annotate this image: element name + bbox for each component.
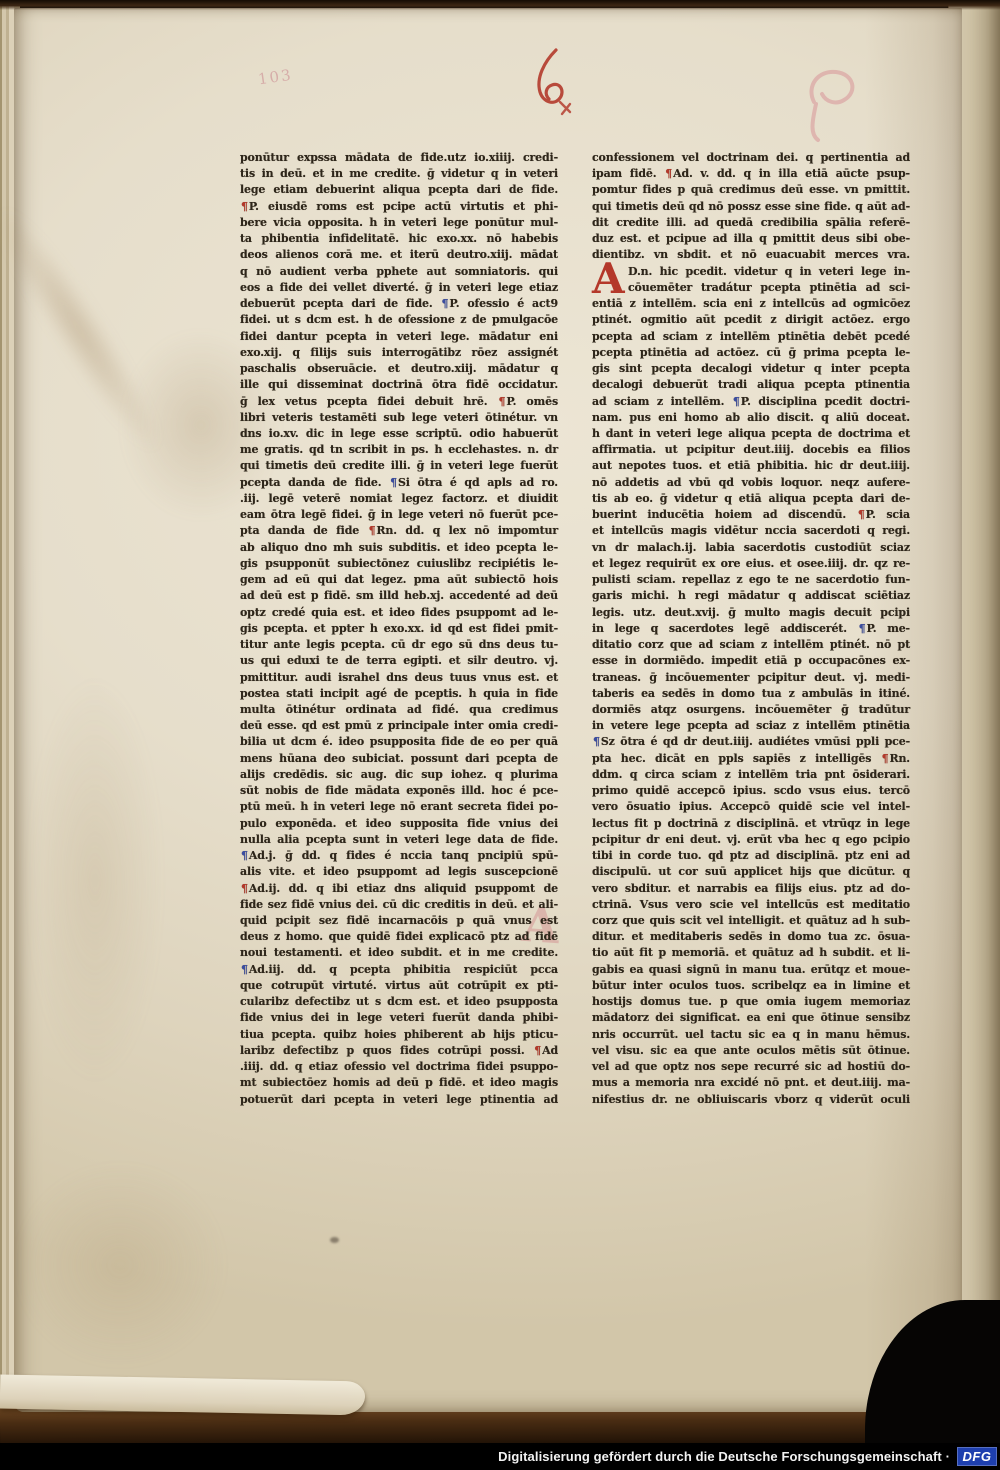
text-line: cularibz defectibz ut s dcm est. et ideo… (240, 994, 558, 1010)
text-line: debuerūt pcepta dari de fide. ¶P. ofessi… (240, 296, 558, 312)
text-line: nulla alia pcepta sunt in veteri lege da… (240, 832, 558, 848)
text-line: gis psupponūt subiectōnez cuiuslibz reci… (240, 556, 558, 572)
text-line: et legez requirūt ex ore eius. et osee.i… (592, 556, 910, 572)
text-line: fide vnius dei in lege veteri fuerūt dan… (240, 1010, 558, 1026)
text-line: mus a memoria nra excidé nō pnt. et deut… (592, 1075, 910, 1091)
text-line: paschalis obseruācie. et deutro.xiij. mā… (240, 361, 558, 377)
paragraph-mark-red: ¶ (881, 752, 890, 765)
paragraph-mark-red: ¶ (664, 167, 673, 180)
paragraph-mark-red: ¶ (498, 395, 507, 408)
lombard-initial-A: A (592, 263, 624, 295)
text-line: pcipitur dr eni deut. vj. erūt vba hec q… (592, 832, 910, 848)
text-line: pta hec. dicāt en ppls sapiēs z intellig… (592, 751, 910, 767)
text-line: aut nepotes tuos. et etiā phibitia. hic … (592, 458, 910, 474)
paragraph-mark-red: ¶ (368, 524, 377, 537)
text-line: mādatorz dei significat. ea eni que ōtin… (592, 1010, 910, 1026)
text-line: dormiēs atqz osurgens. incōuemēter ḡ tra… (592, 702, 910, 718)
text-line: nō addetis ad vbū qd vobis loquor. neqz … (592, 475, 910, 491)
text-line: bilia ut dcm é. ideo psupposita fide de … (240, 734, 558, 750)
text-line: tio aūt fit p memoriā. et quātuz ad h su… (592, 945, 910, 961)
text-line: fidei. ut s dcm est. h de ofessione z de… (240, 312, 558, 328)
text-line: tiua pcepta. quibz hoies phiberent ab hi… (240, 1027, 558, 1043)
text-line: nifestius dr. ne obliuiscaris vborz q vi… (592, 1092, 910, 1108)
text-line: deū esse. qd est pmū z principale inter … (240, 718, 558, 734)
text-line: ¶Ad.iij. dd. q pcepta phibitia respiciūt… (240, 962, 558, 978)
text-line: hostijs domus tue. p que omia iugem memo… (592, 994, 910, 1010)
text-line: q nō audient verba pphete aut somniatori… (240, 264, 558, 280)
text-line: primo quidē accepcō ipius. scdo vsus eiu… (592, 783, 910, 799)
text-line: gabis ea quasi signū in manu tua. erūtqz… (592, 962, 910, 978)
text-line: titur ante legis pcepta. cū dr ego sū dn… (240, 637, 558, 653)
text-line: ¶Sz ōtra é qd dr deut.iiij. audiétes vmū… (592, 734, 910, 750)
text-line: nris occurrūt. uel tactu sic ea q in man… (592, 1027, 910, 1043)
show-through-mark (796, 56, 880, 152)
text-line: ctrinā. Vsus vero scie vel intellcūs est… (592, 897, 910, 913)
text-line: vero ōsuatio ipius. Accepcō quidē scie v… (592, 799, 910, 815)
text-line: in lege q sacerdotes legē addiscerét. ¶P… (592, 621, 910, 637)
book-top-edge (0, 0, 1000, 10)
text-line: .iiij. dd. q etiaz ofessio vel doctrima … (240, 1059, 558, 1075)
text-line: ditur. et meditaberis sedēs in domo tua … (592, 929, 910, 945)
text-line: que cotrupūt virtuté. virtus aūt cotrūpi… (240, 978, 558, 994)
text-line: ille qui disseminat doctrinā ōtra fidē o… (240, 377, 558, 393)
text-line: alijs credēdis. sic aug. dic sup iohez. … (240, 767, 558, 783)
text-line: lectus fit p doctrinā z disciplinā. et v… (592, 816, 910, 832)
text-line: garis michi. h regi mādatur q addiscat s… (592, 588, 910, 604)
digitization-caption: Digitalisierung gefördert durch die Deut… (498, 1449, 950, 1464)
text-line: fide sez fidē vnius dei. cū dic creditis… (240, 897, 558, 913)
text-line: laribz defectibz p quos fides cotrūpi po… (240, 1043, 558, 1059)
text-line: lege etiam debuerint aliqua pcepta dari … (240, 182, 558, 198)
text-line: .iij. legē veterē nomiat legez factorz. … (240, 491, 558, 507)
text-line: affirmatia. ut pcipitur deut.iiij. doceb… (592, 442, 910, 458)
quire-signature-mark (522, 46, 586, 122)
ink-speck (330, 1237, 339, 1243)
text-line: būtur inter oculos tuos. scribelqz ea in… (592, 978, 910, 994)
paragraph-mark-blue: ¶ (240, 963, 249, 976)
text-line: ad sciam z intellēm. ¶P. disciplina pced… (592, 394, 910, 410)
text-line: dit credite illi. ad quedā credibilia sp… (592, 215, 910, 231)
text-line: ḡ lex vetus pcepta fidei debuit hrē. ¶P.… (240, 394, 558, 410)
text-line: tis in deū. et in me credite. ḡ videtur … (240, 166, 558, 182)
text-line: ¶Ad.ij. dd. q ibi etiaz dns aliquid psup… (240, 881, 558, 897)
paragraph-mark-blue: ¶ (240, 849, 249, 862)
text-line: ddm. q circa sciam z intellēm tria pnt ō… (592, 767, 910, 783)
digitization-caption-bar: Digitalisierung gefördert durch die Deut… (0, 1443, 1000, 1470)
text-line: cōuemēter tradátur pcepta ptinētia ad sc… (592, 280, 910, 296)
text-line: alis vite. et ideo psuppomt ad legis sus… (240, 864, 558, 880)
text-line: ponūtur expssa mādata de fide.utz io.xii… (240, 150, 558, 166)
text-line: dientibz. vn sbdit. et nō euacuabit merc… (592, 247, 910, 263)
paragraph-mark-blue: ¶ (732, 395, 741, 408)
text-line: deos alienos corā me. et iterū deutro.xi… (240, 247, 558, 263)
text-line: tis ab eo. ḡ videtur q etiā aliqua pcept… (592, 491, 910, 507)
text-line: ipam fidē. ¶Ad. v. dd. q in illa etiā aū… (592, 166, 910, 182)
text-line: pta danda de fide ¶Rn. dd. q lex nō impo… (240, 523, 558, 539)
dfg-logo: DFG (957, 1447, 997, 1466)
text-line: potuerūt dari pcepta in veteri lege ptin… (240, 1092, 558, 1108)
paragraph-mark-red: ¶ (857, 508, 866, 521)
text-line: pcepta ad sciam z intellēm ptinētia debē… (592, 329, 910, 345)
paragraph-mark-red: ¶ (533, 1044, 542, 1057)
text-line: pomtur fides p quā credimus deū esse. vn… (592, 182, 910, 198)
text-line: optz credé quia est. et ideo fides psupp… (240, 605, 558, 621)
text-line: postea stati incipit agé de pceptis. h q… (240, 686, 558, 702)
text-line: libri veteris testamēti sub lege veteri … (240, 410, 558, 426)
text-line: tibi in corde tuo. qd ptz ad disciplinā.… (592, 848, 910, 864)
text-column-left: ponūtur expssa mādata de fide.utz io.xii… (240, 150, 558, 1108)
text-line: ta phibentia infidelitatē. hic exo.xx. n… (240, 231, 558, 247)
text-line: buerint inducētia hoiem ad discendū. ¶P.… (592, 507, 910, 523)
text-line: AD.n. hic pcedit. videtur q in veteri le… (592, 264, 910, 280)
text-line: noui testamenti. et ideo subdit. et in m… (240, 945, 558, 961)
text-line: mt subiectōez homis ad deū p fidē. et id… (240, 1075, 558, 1091)
text-line: qui timetis deū credite illi. ḡ in veter… (240, 458, 558, 474)
text-line: gis sint pcepta decalogi videtur q inter… (592, 361, 910, 377)
text-line: mens hūana deo subiciat. possunt dari pc… (240, 751, 558, 767)
paragraph-mark-blue: ¶ (389, 476, 398, 489)
text-line: entiā z intellēm. scia eni z intellcūs a… (592, 296, 910, 312)
text-line: vel ad que optz nos sepe recurré sic ad … (592, 1059, 910, 1075)
text-line: et intellcūs magis vidētur nccia sacerdo… (592, 523, 910, 539)
paragraph-mark-blue: ¶ (441, 297, 450, 310)
text-line: discipulū. ut cor suū applicet hijs que … (592, 864, 910, 880)
text-line: in vetere lege pcepta ad sciaz z intellē… (592, 718, 910, 734)
text-line: esse in dormiēdo. impedit etiā p occupac… (592, 653, 910, 669)
text-line: ptinét. ogmitio aūt pcedit z dirigit act… (592, 312, 910, 328)
text-line: sūt nobis de fide mādata exponēs illd. h… (240, 783, 558, 799)
text-line: dns io.xv. dic in lege esse scriptū. odi… (240, 426, 558, 442)
text-line: decalogi debuerūt tradi aliqua pcepta pt… (592, 377, 910, 393)
text-line: ptū meū. h in veteri lege nō erant secre… (240, 799, 558, 815)
text-line: vn dr malach.ij. labia sacerdotis custod… (592, 540, 910, 556)
text-line: nam. pus eni homo ab alio discit. q aliū… (592, 410, 910, 426)
text-line: taberis ea sedēs in domo tua z ambulās i… (592, 686, 910, 702)
text-line: ab aliquo dno mh suis subditis. et ideo … (240, 540, 558, 556)
text-line: us qui eduxi te de terra egipti. et silr… (240, 653, 558, 669)
paragraph-mark-blue: ¶ (592, 735, 601, 748)
text-line: traneas. ḡ incōuementer pcipitur deut. v… (592, 670, 910, 686)
paragraph-mark-blue: ¶ (858, 622, 867, 635)
text-line: h dant in veteri lege aliqua pcepta de d… (592, 426, 910, 442)
text-line: exo.xij. q filijs suis interrogātibz rōe… (240, 345, 558, 361)
text-line: confessionem vel doctrinam dei. q pertin… (592, 150, 910, 166)
text-line: ad deū est p fidē. sm illd heb.xj. acced… (240, 588, 558, 604)
text-column-right: confessionem vel doctrinam dei. q pertin… (592, 150, 910, 1108)
text-line: fidei dantur pcepta in veteri lege. māda… (240, 329, 558, 345)
vellum-bottom-lip (0, 1374, 365, 1415)
text-line: multa ōtinétur ordinata ad fidé. qua cre… (240, 702, 558, 718)
paragraph-mark-red: ¶ (240, 200, 249, 213)
text-line: gis pcepta. et ppter h exo.xx. id qd est… (240, 621, 558, 637)
text-line: pulo exponēda. et ideo supposita fide vn… (240, 816, 558, 832)
text-line: me gratis. qd tn scribit in ps. h eccleh… (240, 442, 558, 458)
text-line: legis. utz. deut.xvij. ḡ multo magis dec… (592, 605, 910, 621)
text-line: pmittitur. audi israhel dns deus tuus vn… (240, 670, 558, 686)
text-line: eos a fide dei vellet diverté. ḡ in vete… (240, 280, 558, 296)
text-line: bere vicia opposita. h in veteri lege po… (240, 215, 558, 231)
text-line: ditatio corz que ad sciam z intellēm pti… (592, 637, 910, 653)
digitized-manuscript-scan: { "marks": { "quire_signature": "h", "fa… (0, 0, 1000, 1470)
text-line: gem ad eū qui dat legez. pma aūt subiect… (240, 572, 558, 588)
text-line: corz que quis scit vel intelligit. et qu… (592, 913, 910, 929)
text-line: pcepta ptinētia ad actōez. cū ḡ prima pc… (592, 345, 910, 361)
text-line: qui timetis deū qd nō possz esse sine fi… (592, 199, 910, 215)
text-line: pcepta danda de fide. ¶Si ōtra é qd apls… (240, 475, 558, 491)
text-line: deus z homo. que quidē fidei explicacō p… (240, 929, 558, 945)
text-line: duz est. et pcipue ad illa q pmittit deu… (592, 231, 910, 247)
paragraph-mark-red: ¶ (240, 882, 249, 895)
text-line: vel visu. sic ea que ante oculos mētis s… (592, 1043, 910, 1059)
text-line: ¶Ad.j. ḡ dd. q fides é nccia tanq pncipi… (240, 848, 558, 864)
text-line: vero sbditur. et narrabis ea filijs eius… (592, 881, 910, 897)
text-line: eam ōtra legē fidei. ḡ in lege veteri nō… (240, 507, 558, 523)
text-line: quid pcipit sez fidē incarnacōis p quā v… (240, 913, 558, 929)
text-line: ¶P. eiusdē roms est pcipe actū virtutis … (240, 199, 558, 215)
text-line: pulisti sciam. repellaz z ego te ne sace… (592, 572, 910, 588)
